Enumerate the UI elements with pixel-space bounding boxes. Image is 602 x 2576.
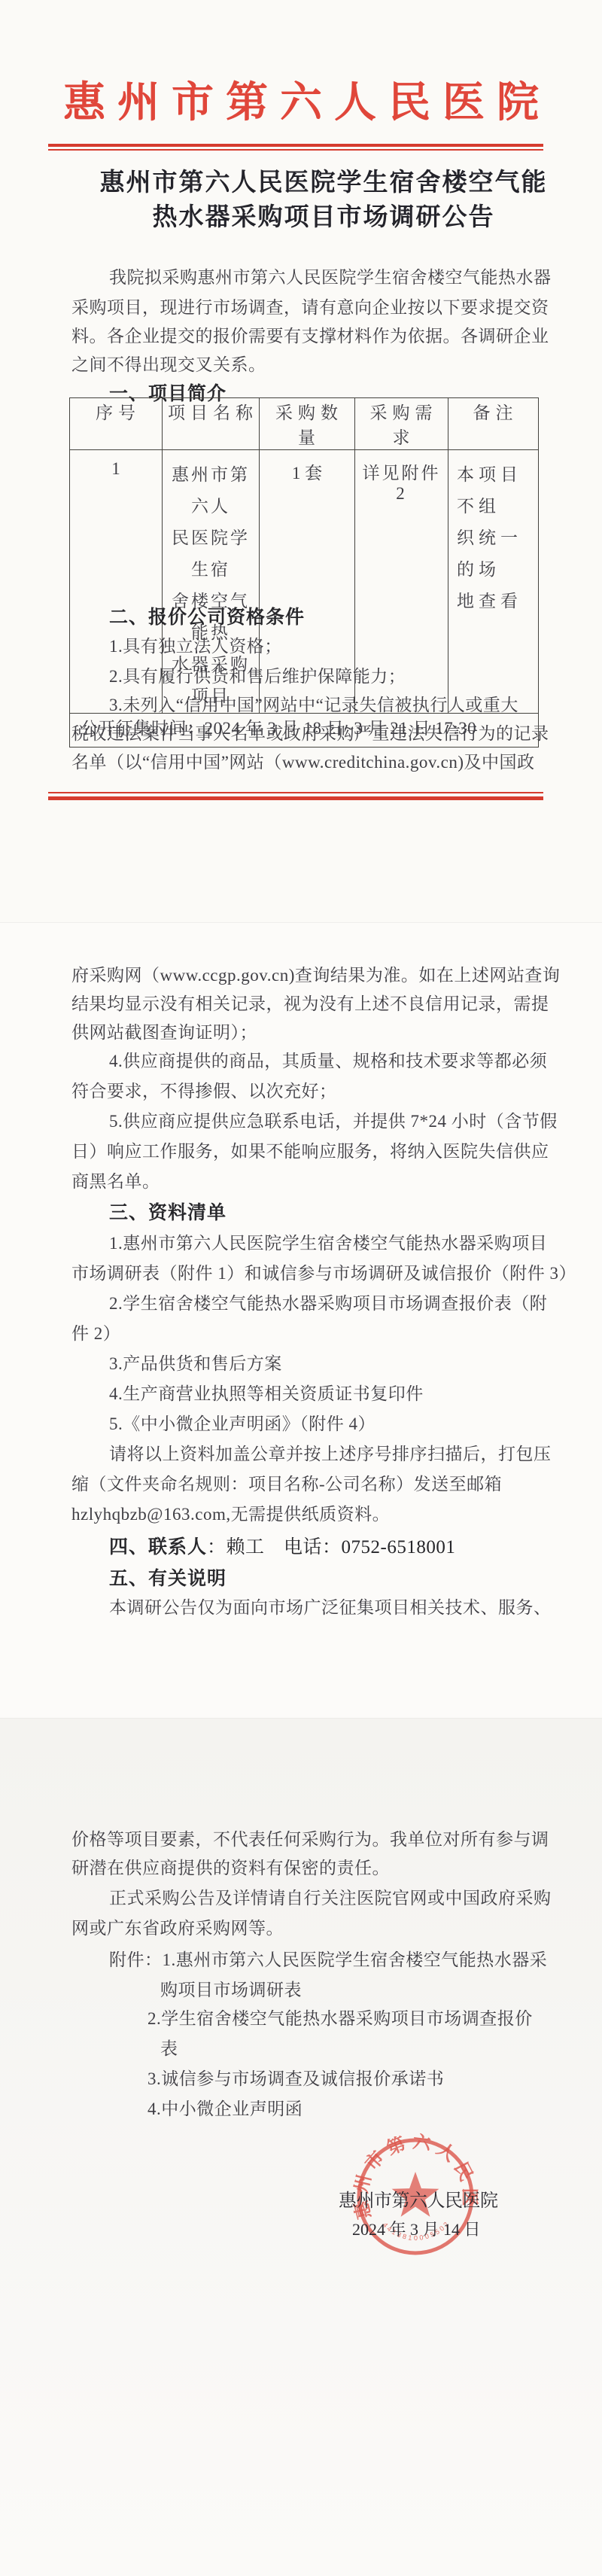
signature-date: 2024 年 3 月 14 日 <box>352 2217 481 2240</box>
cell-line: 本项目不组 <box>449 459 537 522</box>
cell-line: 惠州市第六人 <box>163 459 258 522</box>
page-1: 惠州市第六人民医院 惠州市第六人民医院学生宿舍楼空气能 热水器采购项目市场调研公… <box>0 0 602 922</box>
qualification-line: 2.具有履行供货和售后维护保障能力； <box>109 662 406 687</box>
section2-heading: 二、报价公司资格条件 <box>109 602 305 629</box>
qualification-line: 符合要求，不得掺假、以次充好； <box>71 1077 337 1102</box>
intro-line: 我院拟采购惠州市第六人民医院学生宿舍楼空气能热水器 <box>109 263 552 288</box>
cell-line: 织统一的场 <box>449 522 537 586</box>
letterhead-org-title: 惠州市第六人民医院 <box>0 69 602 129</box>
note-line: 网或广东省政府采购网等。 <box>71 1914 284 1939</box>
qualification-line: 1.具有独立法人资格； <box>109 632 282 657</box>
qualification-line: 3.未列入“信用中国”网站中“记录失信被执行人或重大 <box>109 691 518 716</box>
letterhead-rule-thick <box>48 144 543 147</box>
page1-footer-rule-thin <box>48 792 543 793</box>
qualification-line: 供网站截图查询证明）； <box>71 1019 257 1043</box>
attachment-line: 购项目市场调研表 <box>160 1976 302 2001</box>
note-line: 价格等项目要素，不代表任何采购行为。我单位对所有参与调 <box>71 1825 549 1850</box>
note-line: 正式采购公告及详情请自行关注医院官网或中国政府采购 <box>109 1884 552 1909</box>
qualification-line: 府采购网（www.ccgp.gov.cn)查询结果为准。如在上述网站查询 <box>71 961 560 986</box>
qualification-line: 5.供应商应提供应急联系电话，并提供 7*24 小时（含节假 <box>109 1107 558 1132</box>
attachment-line: 附件：1.惠州市第六人民医院学生宿舍楼空气能热水器采 <box>109 1946 547 1971</box>
qualification-line: 4.供应商提供的商品，其质量、规格和技术要求等都必须 <box>109 1047 547 1072</box>
cell-line: 地查看 <box>449 586 537 617</box>
note-line: 本调研公告仅为面向市场广泛征集项目相关技术、服务、 <box>109 1594 552 1618</box>
intro-line: 料。各企业提交的报价需要有支撑材料作为依据。各调研企业 <box>71 322 549 347</box>
signature-org: 惠州市第六人民医院 <box>339 2185 498 2212</box>
document-list-line: 市场调研表（附件 1）和诚信参与市场调研及诚信报价（附件 3） <box>71 1259 576 1284</box>
col-header-name: 项目名称 <box>163 398 260 450</box>
col-header-no: 序号 <box>70 398 163 450</box>
intro-line: 采购项目，现进行市场调查，请有意向企业按以下要求提交资 <box>71 294 549 318</box>
document-title-line2: 热水器采购项目市场调研公告 <box>45 197 602 233</box>
qualification-line: 结果均显示没有相关记录，视为没有上述不良信用记录，需提 <box>71 990 549 1015</box>
attachment-line: 3.诚信参与市场调查及诚信报价承诺书 <box>147 2065 444 2090</box>
document-list-line: 件 2） <box>71 1320 120 1344</box>
document-list-line: 3.产品供货和售后方案 <box>109 1350 282 1375</box>
attachment-line: 表 <box>160 2035 178 2060</box>
note-line: 研潜在供应商提供的资料有保密的责任。 <box>71 1854 390 1879</box>
scanned-announcement-document: { "colors": {"accent_red": "#e0463a", "r… <box>0 0 602 2575</box>
submission-email-line: hzlyhqbzb@163.com,无需提供纸质资料。 <box>71 1500 390 1525</box>
document-list-line: 缩（文件夹命名规则：项目名称-公司名称）发送至邮箱 <box>71 1470 502 1495</box>
section4-contact-line: 四、联系人：赖工 电话：0752-6518001 <box>109 1532 455 1559</box>
document-list-line: 1.惠州市第六人民医院学生宿舍楼空气能热水器采购项目 <box>109 1229 547 1254</box>
document-list-line: 4.生产商营业执照等相关资质证书复印件 <box>109 1380 424 1405</box>
attachment-line: 2.学生宿舍楼空气能热水器采购项目市场调查报价 <box>147 2005 533 2029</box>
section5-heading: 五、有关说明 <box>109 1564 227 1591</box>
intro-line: 之间不得出现交叉关系。 <box>71 351 266 376</box>
qualification-line: 日）响应工作服务，如果不能响应服务，将纳入医院失信供应 <box>71 1137 549 1162</box>
qualification-line: 税收违法案件当事人名单或政府采购严重违法失信行为的记录 <box>71 720 549 744</box>
table-header-row: 序号 项目名称 采购数量 采购需求 备注 <box>70 398 539 450</box>
document-title-line1: 惠州市第六人民医院学生宿舍楼空气能 <box>45 163 602 198</box>
document-list-line: 5.《中小微企业声明函》（附件 4） <box>109 1410 375 1435</box>
contact-value: ：赖工 电话：0752-6518001 <box>207 1537 455 1557</box>
document-list-line: 2.学生宿舍楼空气能热水器采购项目市场调查报价表（附 <box>109 1290 547 1314</box>
section3-heading: 三、资料清单 <box>109 1198 227 1225</box>
page1-footer-rule-thick <box>48 796 543 800</box>
qualification-line: 商黑名单。 <box>71 1168 160 1192</box>
qualification-line: 名单（以“信用中国”网站（www.creditchina.gov.cn)及中国政 <box>71 748 535 773</box>
cell-line: 民医院学生宿 <box>163 522 258 586</box>
col-header-demand: 采购需求 <box>355 398 448 450</box>
cell-remark: 本项目不组 织统一的场 地查看 <box>448 450 539 714</box>
document-list-line: 请将以上资料加盖公章并按上述序号排序扫描后，打包压 <box>109 1440 552 1465</box>
letterhead-rule-thin <box>48 149 543 151</box>
section4-heading: 四、联系人 <box>109 1536 207 1557</box>
col-header-qty: 采购数量 <box>260 398 355 450</box>
attachment-line: 4.中小微企业声明函 <box>147 2095 303 2120</box>
col-header-remark: 备注 <box>448 398 539 450</box>
